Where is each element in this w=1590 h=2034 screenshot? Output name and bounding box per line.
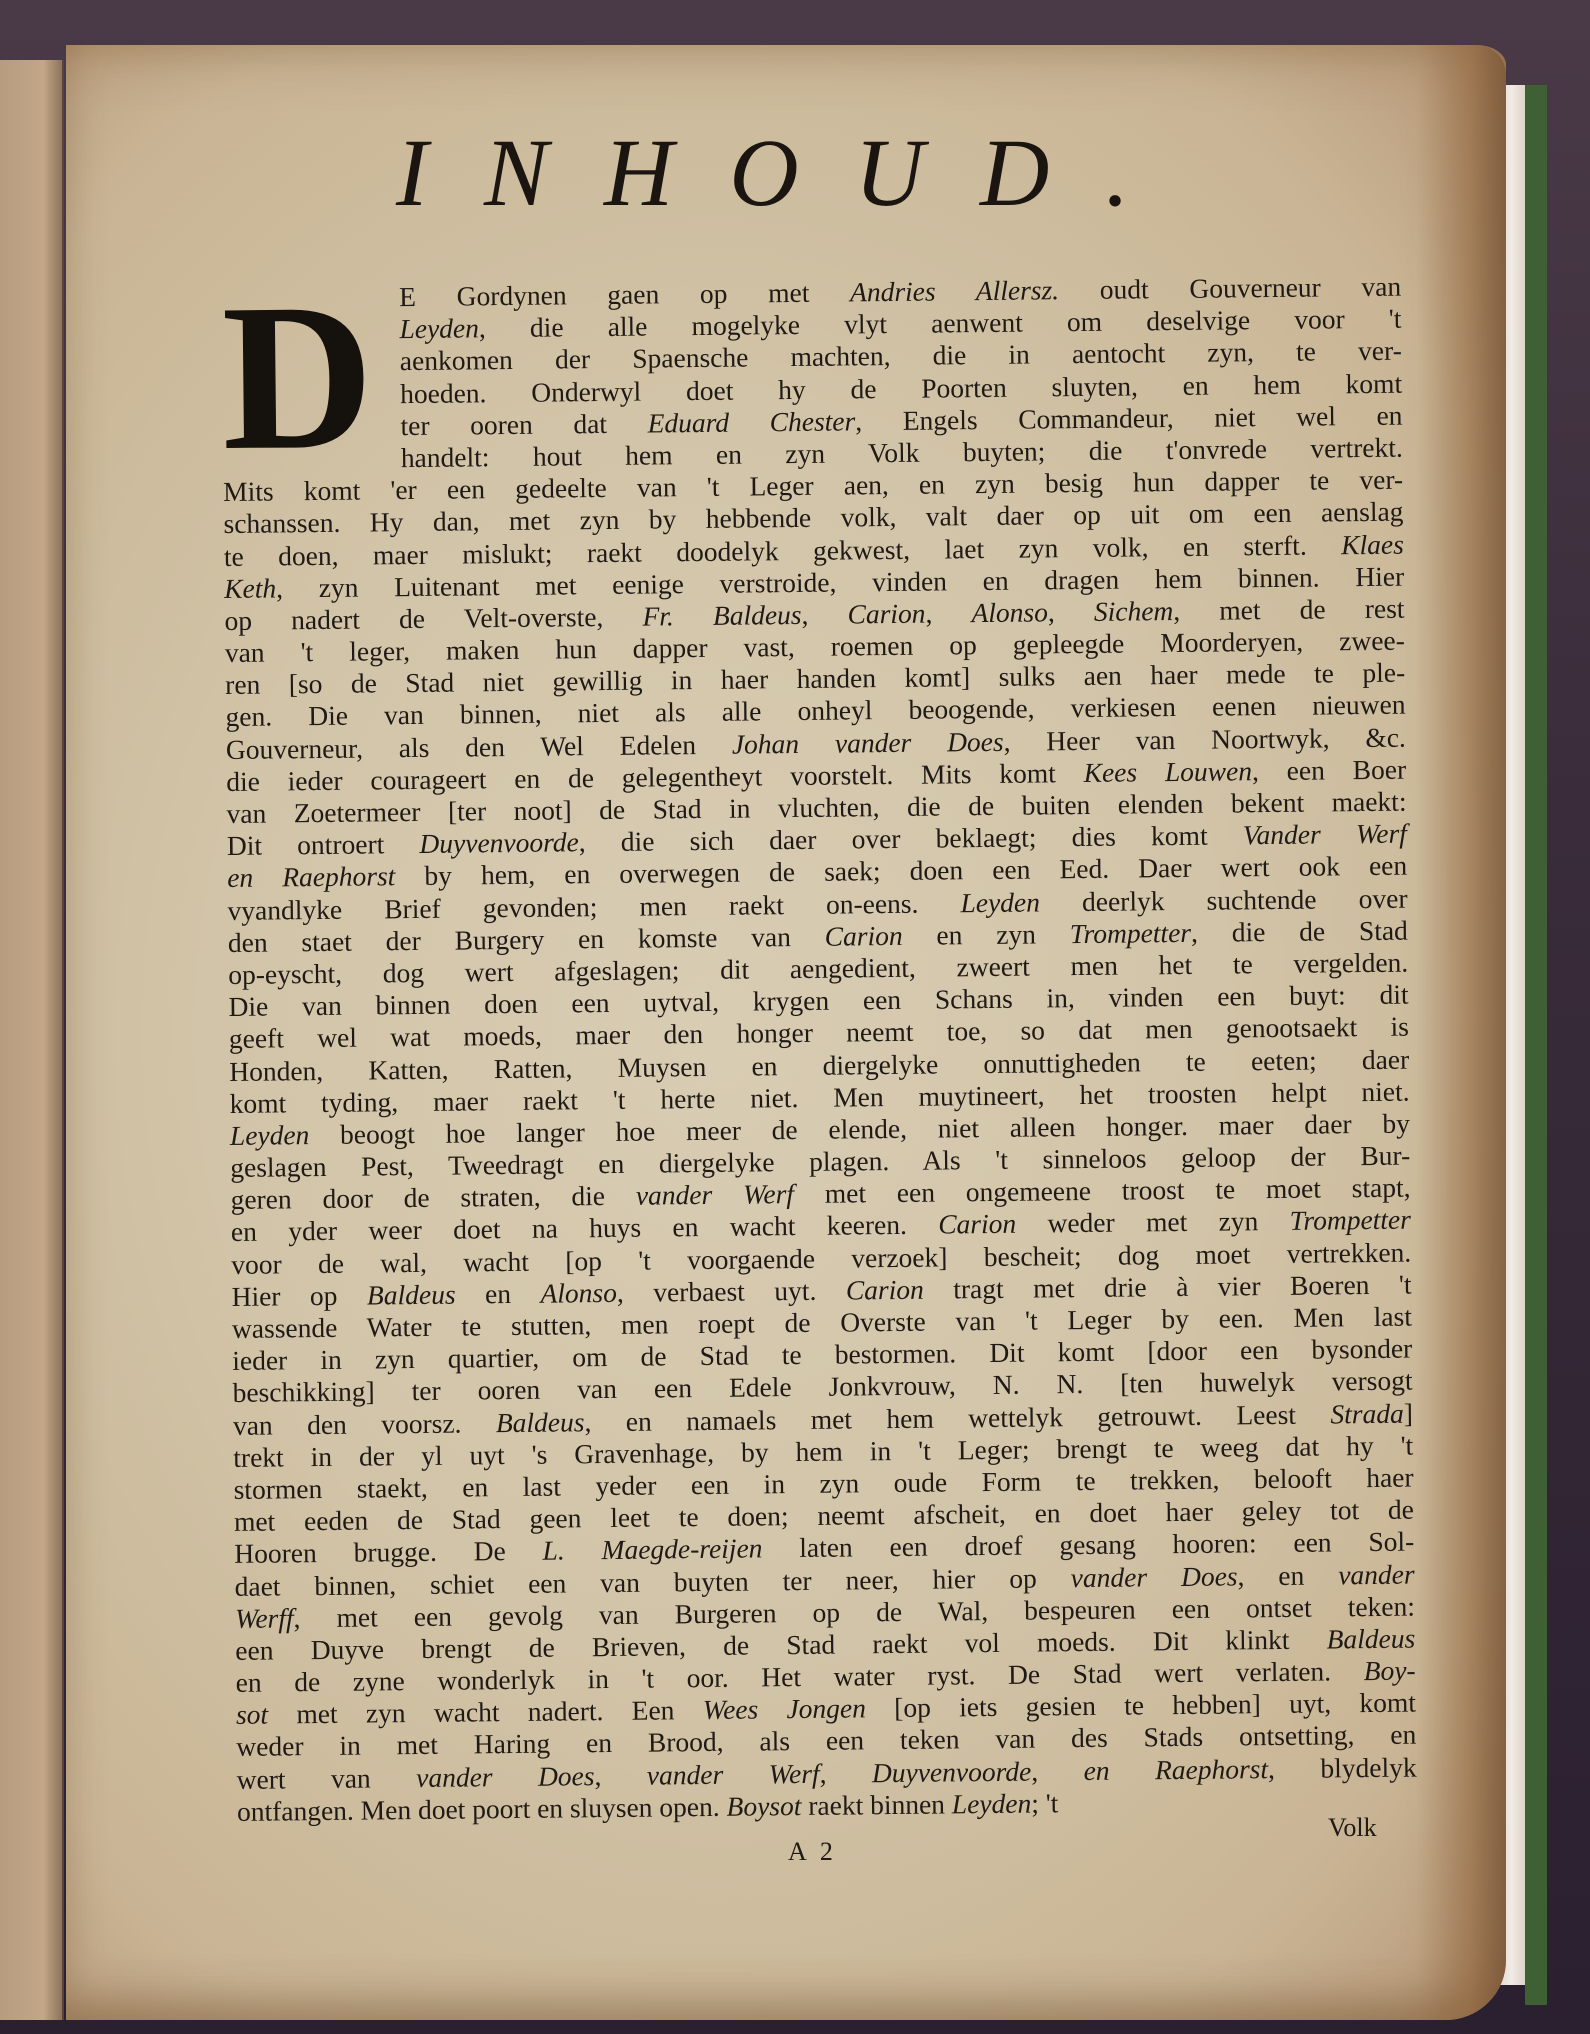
text-lines: E Gordynen gaen op met Andries Allersz. … <box>221 271 1417 1828</box>
italic-name: Leyden <box>399 312 479 344</box>
italic-name: Baldeus <box>496 1406 585 1438</box>
text-segment: , die de Stad <box>1191 914 1408 947</box>
text-segment: met een ongemeene troost te moet stapt, <box>794 1172 1411 1209</box>
text-segment: op nadert de Velt-overste, <box>224 600 642 635</box>
drop-cap-initial: D <box>221 271 375 483</box>
text-segment: , <box>1031 1755 1084 1787</box>
text-segment: , met de rest <box>1173 593 1404 626</box>
text-segment: ter ooren dat <box>400 407 647 441</box>
text-segment: met zyn wacht nadert. Een <box>268 1694 703 1730</box>
italic-name: Boysot <box>726 1790 801 1822</box>
page-title: INHOUD. <box>396 125 1196 221</box>
italic-name: Leyden <box>960 886 1040 918</box>
text-segment: , blydelyk <box>1268 1751 1417 1784</box>
text-segment: Dit ontroert <box>227 828 420 861</box>
italic-name: vander Does <box>1071 1560 1238 1593</box>
italic-name: Boy- <box>1364 1655 1416 1687</box>
text-segment: den staet der Burgery en komste van <box>228 920 825 957</box>
italic-name: Duyvenvoorde <box>872 1755 1032 1788</box>
text-segment: Gouverneur, als den Wel Edelen <box>226 728 732 764</box>
text-segment: , <box>594 1759 647 1791</box>
text-segment: weder met zyn <box>1016 1205 1290 1239</box>
text-segment: van den voorsz. <box>233 1407 496 1441</box>
text-segment: E Gordynen gaen op met <box>399 276 850 312</box>
text-segment: [op iets gesien te hebben] uyt, komt <box>866 1687 1416 1724</box>
text-segment: , Engels Commandeur, niet wel en <box>855 399 1403 436</box>
italic-name: Strada <box>1330 1397 1404 1429</box>
italic-name: Vander Werf <box>1243 818 1407 851</box>
text-segment: ontfangen. Men doet poort en sluysen ope… <box>237 1791 727 1827</box>
body-text: D E Gordynen gaen op met Andries Allersz… <box>221 271 1417 1828</box>
text-segment: , en <box>1237 1559 1338 1591</box>
italic-name: L. Maegde-reijen <box>542 1533 762 1566</box>
italic-name: vander <box>1338 1558 1415 1590</box>
italic-name: Eduard Chester <box>647 405 855 438</box>
italic-name: vander Werf <box>636 1178 794 1211</box>
book-cover-board <box>1525 85 1547 2005</box>
text-segment: laten een droef gesang hooren: een Sol- <box>762 1526 1414 1564</box>
signature-mark: A 2 <box>788 1837 837 1867</box>
italic-name: vander Werf <box>647 1757 820 1790</box>
text-segment: , <box>801 598 847 629</box>
text-segment: tragt met drie à vier Boeren 't <box>924 1268 1412 1304</box>
text-segment: ; 't <box>1031 1787 1058 1818</box>
facing-page-edge <box>0 60 64 2020</box>
text-segment: Hooren brugge. De <box>234 1535 543 1569</box>
text-segment: en zyn <box>902 918 1070 951</box>
italic-name: sot <box>236 1699 268 1730</box>
italic-name: Leyden <box>230 1119 310 1151</box>
italic-name: Carion <box>938 1208 1016 1240</box>
text-segment: raekt binnen <box>801 1788 952 1821</box>
text-segment: , <box>1048 596 1094 627</box>
italic-name: Carion <box>846 1274 924 1306</box>
italic-name: Johan vander Does <box>732 725 1004 759</box>
italic-name: Andries Allersz. <box>850 274 1059 307</box>
italic-name: Fr. Baldeus <box>642 599 801 632</box>
text-segment: , <box>925 597 971 628</box>
italic-name: Kees Louwen <box>1083 755 1252 788</box>
italic-name: en Raephorst <box>1083 1753 1268 1786</box>
italic-name: Leyden <box>952 1787 1032 1819</box>
italic-name: Baldeus <box>1326 1622 1415 1654</box>
text-segment: , Heer van Noortwyk, &c. <box>1003 721 1406 756</box>
italic-name: Alonso <box>540 1277 617 1309</box>
italic-name: Keth <box>224 572 276 604</box>
italic-name: Klaes <box>1341 528 1404 560</box>
text-segment: , <box>819 1757 872 1789</box>
text-segment: ] <box>1404 1397 1413 1428</box>
italic-name: Carion <box>825 920 903 952</box>
text-segment: , een Boer <box>1252 753 1406 786</box>
italic-name: vander Does <box>416 1760 595 1793</box>
text-segment: en <box>455 1278 540 1310</box>
book-page: INHOUD. D E Gordynen gaen op met Andries… <box>66 45 1506 2020</box>
text-segment: Hier op <box>231 1279 367 1311</box>
italic-name: Sichem <box>1094 595 1174 627</box>
italic-name: Baldeus <box>367 1278 456 1310</box>
italic-name: Werff <box>235 1602 294 1634</box>
text-segment: oudt Gouverneur van <box>1059 271 1401 306</box>
italic-name: Trompetter <box>1070 917 1192 949</box>
italic-name: Trompetter <box>1289 1204 1411 1236</box>
italic-name: Carion <box>847 598 925 630</box>
italic-name: Wees Jongen <box>703 1693 867 1726</box>
page-curl-shadow <box>1416 45 1506 2020</box>
text-segment: geren door de straten, die <box>230 1180 636 1215</box>
catchword: Volk <box>1328 1813 1377 1843</box>
text-segment: wert van <box>237 1762 417 1795</box>
italic-name: Duyvenvoorde <box>419 826 579 859</box>
text-segment: , verbaest uyt. <box>617 1274 846 1307</box>
italic-name: en Raephorst <box>227 861 395 894</box>
italic-name: Alonso <box>971 596 1048 628</box>
text-segment: deerlyk suchtende over <box>1040 882 1408 917</box>
